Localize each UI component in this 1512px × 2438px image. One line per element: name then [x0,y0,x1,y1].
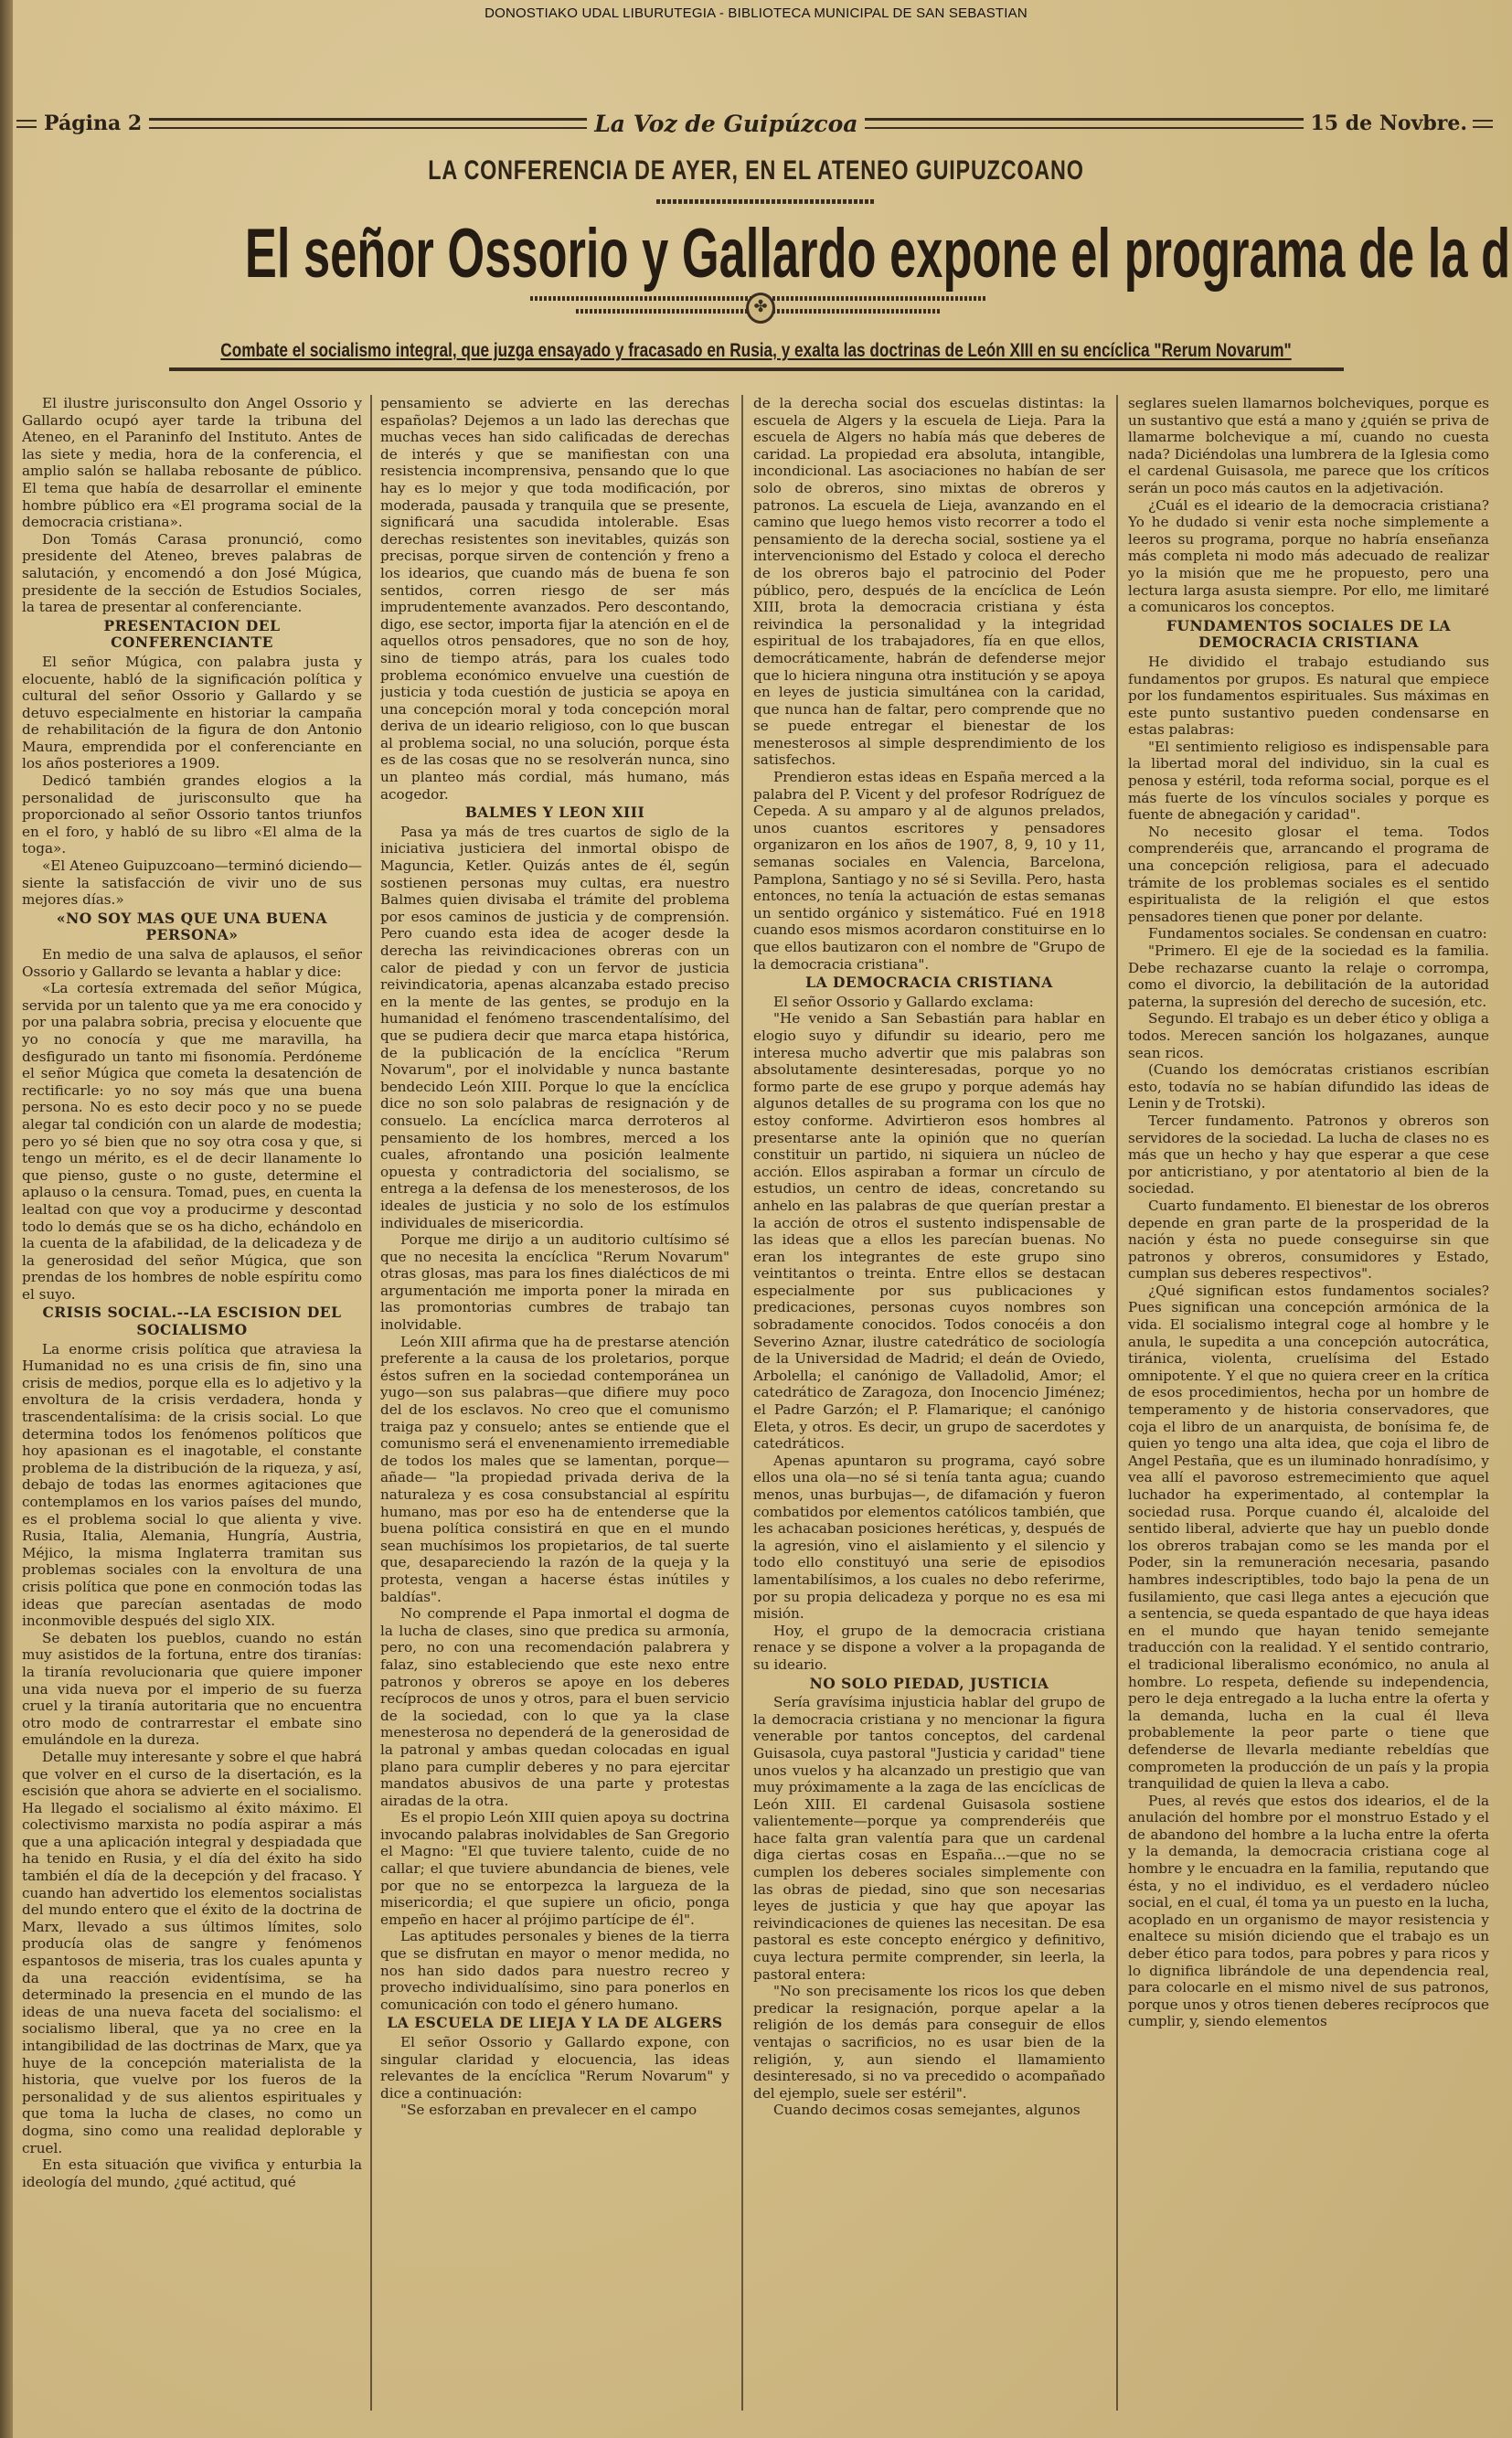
paragraph: La enorme crisis política que atraviesa … [22,1341,362,1630]
section-heading: «NO SOY MAS QUE UNA BUENA PERSONA» [22,910,362,944]
column-divider [741,395,743,2411]
paragraph: "Se esforzaban en prevalecer en el campo [380,2102,729,2119]
paragraph: "El sentimiento religioso es indispensab… [1128,739,1489,824]
paragraph: Las aptitudes personales y bienes de la … [380,1928,729,2013]
paragraph: Apenas apuntaron su programa, cayó sobre… [753,1453,1105,1623]
paragraph: Sería gravísima injusticia hablar del gr… [753,1694,1105,1983]
rosette-ornament-icon: ✤ [746,293,775,324]
rule-ornament [16,120,37,128]
page-binding-edge [0,0,13,2438]
rule-divider [149,118,587,129]
paragraph: «La cortesía extremada del señor Múgica,… [22,980,362,1303]
paragraph: El señor Múgica, con palabra justa y elo… [22,654,362,772]
section-heading: PRESENTACION DEL CONFERENCIANTE [22,618,362,652]
paragraph: Prendieron estas ideas en España merced … [753,769,1105,973]
paragraph: En esta situación que vivifica y enturbi… [22,2156,362,2190]
paragraph: Tercer fundamento. Patronos y obreros so… [1128,1113,1489,1198]
paragraph: "Primero. El eje de la sociedad es la fa… [1128,942,1489,1010]
column-divider [370,395,372,2411]
paragraph: Es el propio León XIII quien apoya su do… [380,1809,729,1928]
paragraph: Porque me dirijo a un auditorio cultísim… [380,1231,729,1334]
archive-watermark: DONOSTIAKO UDAL LIBURUTEGIA - BIBLIOTECA… [0,5,1512,21]
paragraph: de la derecha social dos escuelas distin… [753,395,1105,769]
paragraph: El señor Ossorio y Gallardo expone, con … [380,2034,729,2102]
paragraph: ¿Cuál es el ideario de la democracia cri… [1128,497,1489,616]
paragraph: Hoy, el grupo de la democracia cristiana… [753,1623,1105,1674]
issue-date: 15 de Novbre. [1311,112,1468,135]
article-headline: El señor Ossorio y Gallardo expone el pr… [245,218,1270,291]
paragraph: León XIII afirma que ha de prestarse ate… [380,1334,729,1606]
newspaper-name: La Voz de Guipúzcoa [594,111,857,137]
section-heading: CRISIS SOCIAL.--LA ESCISION DEL SOCIALIS… [22,1304,362,1338]
paragraph: «El Ateneo Guipuzcoano—terminó diciendo—… [22,857,362,909]
paragraph: Fundamentos sociales. Se condensan en cu… [1128,925,1489,942]
paragraph: (Cuando los demócratas cristianos escrib… [1128,1061,1489,1113]
paragraph: Cuando decimos cosas semejantes, algunos [753,2102,1105,2119]
paragraph: No comprende el Papa inmortal el dogma d… [380,1605,729,1809]
section-heading: BALMES Y LEON XIII [380,804,729,822]
article-body: El ilustre jurisconsulto don Angel Ossor… [22,395,1496,2411]
section-heading: NO SOLO PIEDAD, JUSTICIA [753,1676,1105,1693]
rule-divider [865,118,1303,129]
subheadline-text: Combate el socialismo integral, que juzg… [220,340,1291,361]
column-divider [1116,395,1118,2411]
headline-ornament: ✤ [530,293,987,320]
paragraph: No necesito glosar el tema. Todos compre… [1128,824,1489,926]
paragraph: "No son precisamente los ricos los que d… [753,1983,1105,2102]
running-head: Página 2 La Voz de Guipúzcoa 15 de Novbr… [16,108,1493,139]
paragraph: Don Tomás Carasa pronunció, como preside… [22,531,362,616]
paragraph: El ilustre jurisconsulto don Angel Ossor… [22,395,362,531]
dotted-rule [656,199,876,204]
column-3: de la derecha social dos escuelas distin… [753,395,1105,2411]
column-4: seglares suelen llamarnos bolcheviques, … [1128,395,1489,2411]
paragraph: He dividido el trabajo estudiando sus fu… [1128,654,1489,739]
paragraph: seglares suelen llamarnos bolcheviques, … [1128,395,1489,497]
paragraph: Dedicó también grandes elogios a la pers… [22,772,362,857]
paragraph: Detalle muy interesante y sobre el que h… [22,1749,362,2156]
column-2: pensamiento se advierte en las derechas … [380,395,729,2411]
rule-ornament [1473,120,1493,128]
paragraph: ¿Qué significan estos fundamentos social… [1128,1283,1489,1793]
paragraph: El señor Ossorio y Gallardo exclama: [753,994,1105,1011]
paragraph: Pues, al revés que estos dos idearios, e… [1128,1793,1489,2030]
paragraph: Segundo. El trabajo es un deber ético y … [1128,1010,1489,1061]
column-1: El ilustre jurisconsulto don Angel Ossor… [22,395,362,2411]
paragraph: En medio de una salva de aplausos, el se… [22,946,362,980]
paragraph: Cuarto fundamento. El bienestar de los o… [1128,1198,1489,1283]
paragraph: pensamiento se advierte en las derechas … [380,395,729,803]
section-heading: FUNDAMENTOS SOCIALES DE LA DEMOCRACIA CR… [1128,618,1489,652]
paragraph: Se debaten los pueblos, cuando no están … [22,1630,362,1749]
page-number: Página 2 [44,112,142,135]
section-heading: LA DEMOCRACIA CRISTIANA [753,974,1105,992]
section-heading: LA ESCUELA DE LIEJA Y LA DE ALGERS [380,2015,729,2032]
subheadline-rule [169,367,1344,371]
article-subheadline: Combate el socialismo integral, que juzg… [136,340,1376,362]
article-kicker: LA CONFERENCIA DE AYER, EN EL ATENEO GUI… [166,155,1346,186]
paragraph: "He venido a San Sebastián para hablar e… [753,1010,1105,1452]
paragraph: Pasa ya más de tres cuartos de siglo de … [380,824,729,1231]
